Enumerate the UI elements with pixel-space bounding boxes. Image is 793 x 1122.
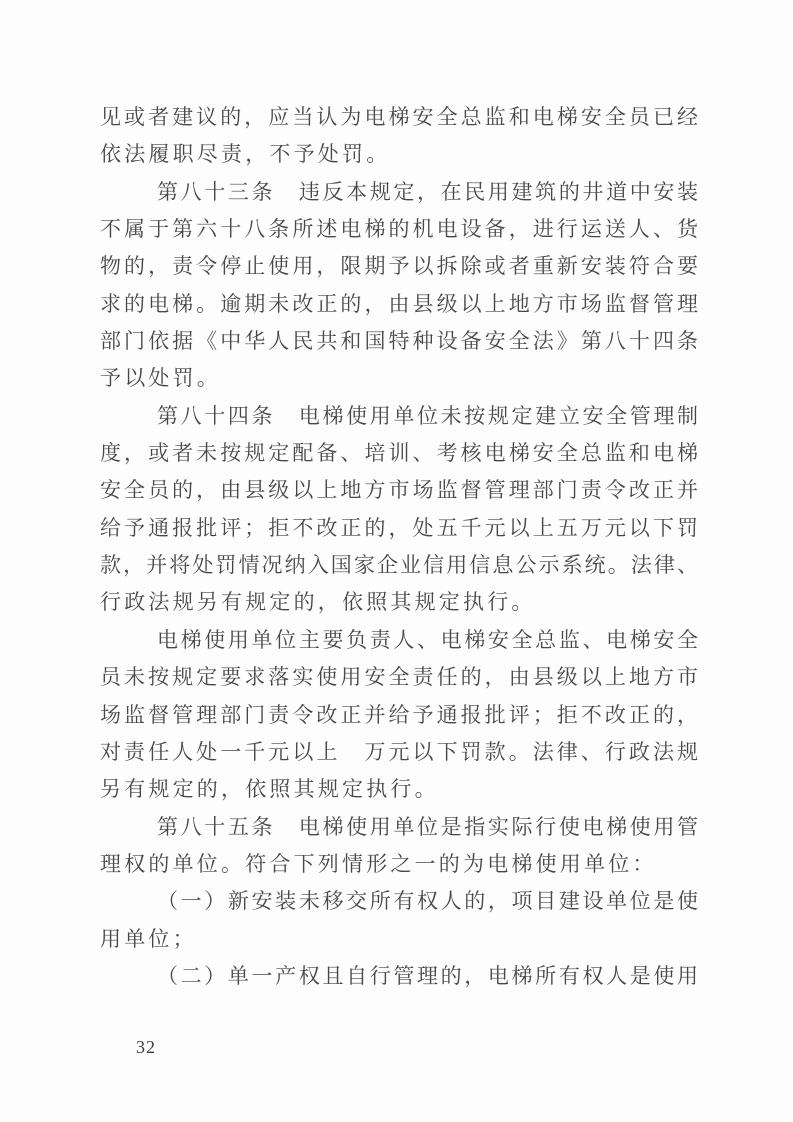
- page-number: 32: [136, 1033, 156, 1061]
- text-line: 给予通报批评；拒不改正的，处五千元以上五万元以下罚: [100, 510, 698, 547]
- text-line: 求的电梯。逾期未改正的，由县级以上地方市场监督管理: [100, 286, 698, 323]
- text-line-item-1: （一）新安装未移交所有权人的，项目建设单位是使: [100, 883, 698, 920]
- text-line: 款，并将处罚情况纳入国家企业信用信息公示系统。法律、: [100, 547, 698, 584]
- body-text: 见或者建议的，应当认为电梯安全总监和电梯安全员已经 依法履职尽责，不予处罚。 第…: [100, 99, 698, 995]
- text-line: 部门依据《中华人民共和国特种设备安全法》第八十四条: [100, 323, 698, 360]
- text-line: 另有规定的，依照其规定执行。: [100, 771, 698, 808]
- document-page: 见或者建议的，应当认为电梯安全总监和电梯安全员已经 依法履职尽责，不予处罚。 第…: [0, 0, 793, 1122]
- text-line: 不属于第六十八条所述电梯的机电设备，进行运送人、货: [100, 211, 698, 248]
- text-line: 用单位；: [100, 921, 698, 958]
- text-line: 度，或者未按规定配备、培训、考核电梯安全总监和电梯: [100, 435, 698, 472]
- text-line: 予以处罚。: [100, 360, 698, 397]
- text-line-article-84: 第八十四条 电梯使用单位未按规定建立安全管理制: [100, 398, 698, 435]
- text-line: 安全员的，由县级以上地方市场监督管理部门责令改正并: [100, 472, 698, 509]
- text-line: 物的，责令停止使用，限期予以拆除或者重新安装符合要: [100, 248, 698, 285]
- text-line-item-2: （二）单一产权且自行管理的，电梯所有权人是使用: [100, 958, 698, 995]
- text-line: 员未按规定要求落实使用安全责任的，由县级以上地方市: [100, 659, 698, 696]
- text-line: 电梯使用单位主要负责人、电梯安全总监、电梯安全: [100, 622, 698, 659]
- text-line: 场监督管理部门责令改正并给予通报批评；拒不改正的，: [100, 697, 698, 734]
- text-line: 行政法规另有规定的，依照其规定执行。: [100, 584, 698, 621]
- text-line: 对责任人处一千元以上 万元以下罚款。法律、行政法规: [100, 734, 698, 771]
- text-line: 依法履职尽责，不予处罚。: [100, 136, 698, 173]
- text-line-article-85: 第八十五条 电梯使用单位是指实际行使电梯使用管: [100, 809, 698, 846]
- text-line: 见或者建议的，应当认为电梯安全总监和电梯安全员已经: [100, 99, 698, 136]
- text-line: 理权的单位。符合下列情形之一的为电梯使用单位：: [100, 846, 698, 883]
- text-line-article-83: 第八十三条 违反本规定，在民用建筑的井道中安装: [100, 174, 698, 211]
